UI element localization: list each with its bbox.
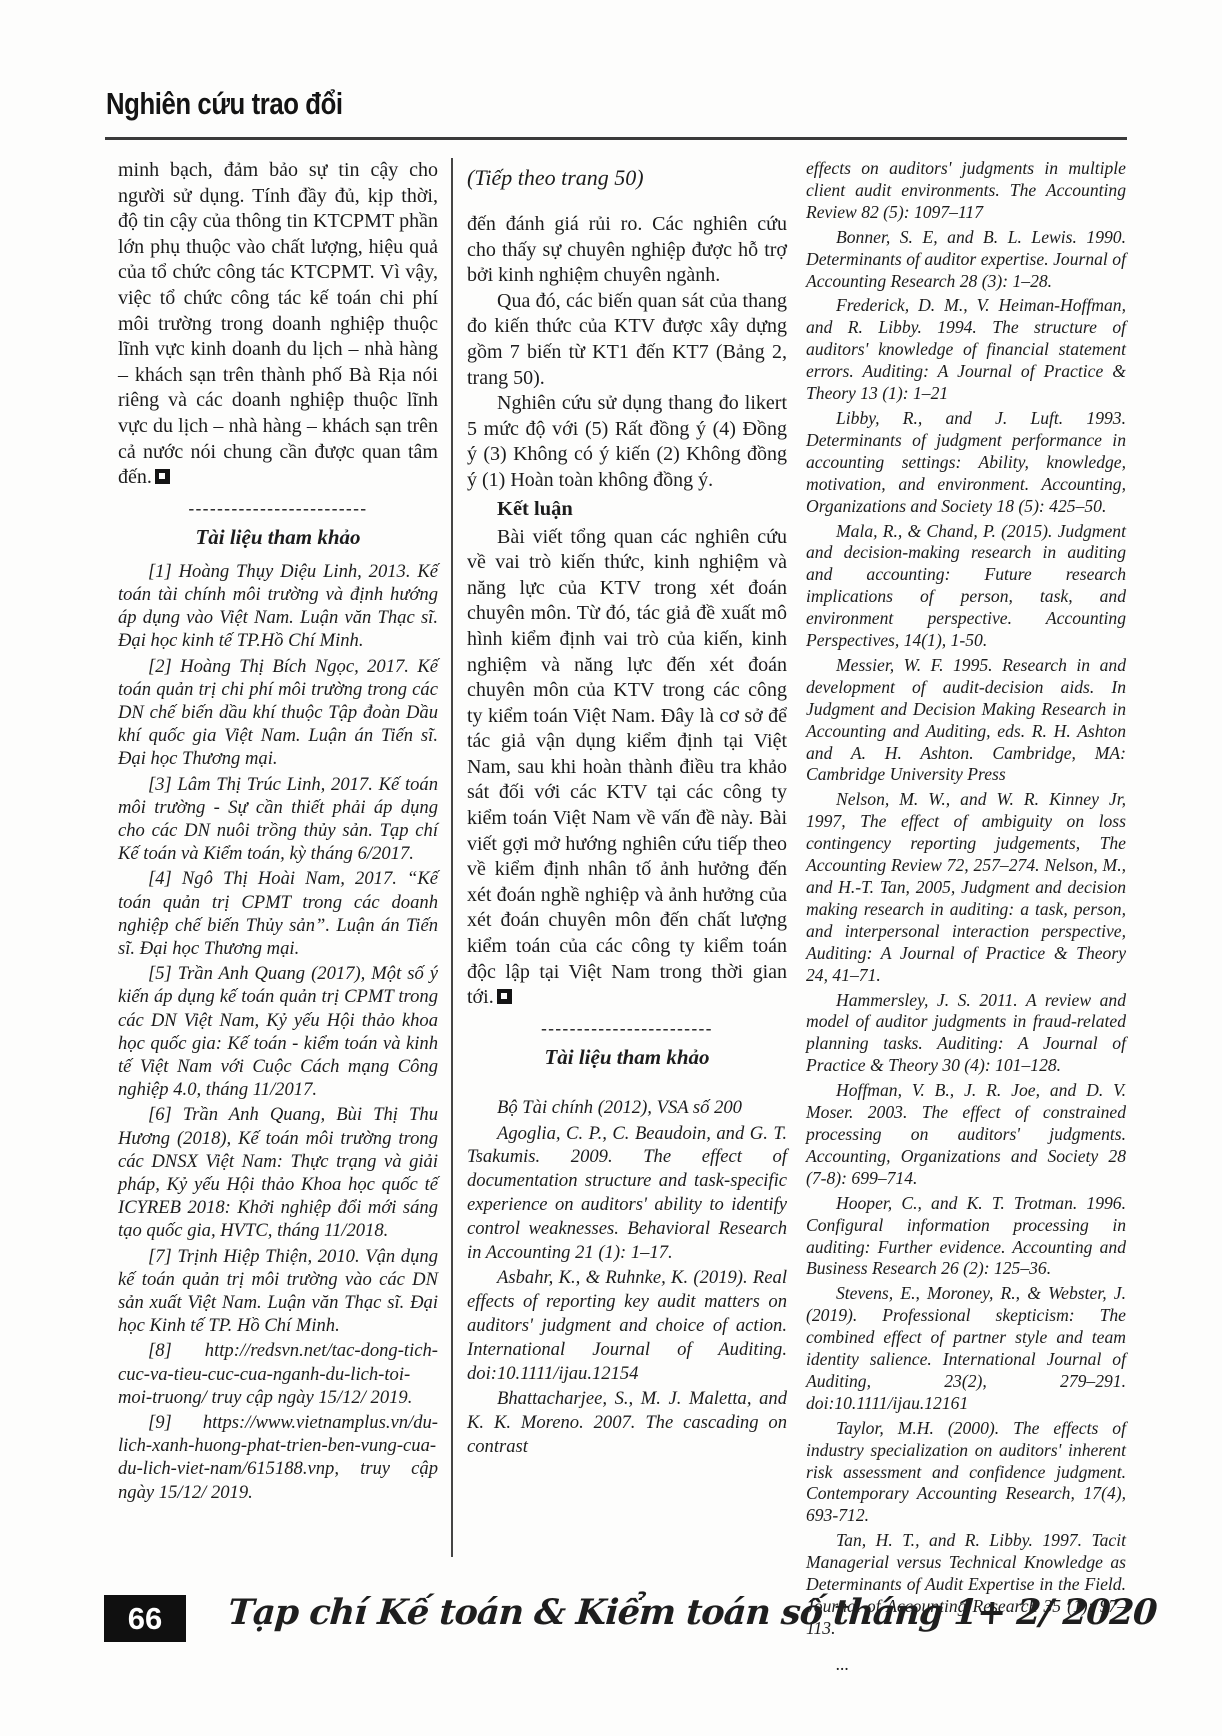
conclusion-paragraph: Bài viết tổng quan các nghiên cứu về vai… xyxy=(467,525,787,1011)
reference-item: Taylor, M.H. (2000). The effects of indu… xyxy=(806,1418,1126,1528)
dashed-separator: ------------------------- xyxy=(118,499,438,519)
column-1: minh bạch, đảm bảo sự tin cậy cho người … xyxy=(118,158,438,1506)
reference-item: Agoglia, C. P., C. Beaudoin, and G. T. T… xyxy=(467,1122,787,1265)
reference-item: [1] Hoàng Thụy Diệu Linh, 2013. Kế toán … xyxy=(118,560,438,653)
reference-item: effects on auditors' judgments in multip… xyxy=(806,158,1126,224)
reference-item: Messier, W. F. 1995. Research in and dev… xyxy=(806,655,1126,786)
body-paragraph: Nghiên cứu sử dụng thang đo likert 5 mức… xyxy=(467,391,787,493)
references-ellipsis: ... xyxy=(806,1654,1126,1675)
reference-item: Bộ Tài chính (2012), VSA số 200 xyxy=(467,1096,787,1120)
conclusion-heading: Kết luận xyxy=(467,496,787,523)
reference-item: Bonner, S. E, and B. L. Lewis. 1990. Det… xyxy=(806,227,1126,293)
reference-item: [3] Lâm Thị Trúc Linh, 2017. Kế toán môi… xyxy=(118,773,438,866)
reference-item: Nelson, M. W., and W. R. Kinney Jr, 1997… xyxy=(806,789,1126,986)
body-paragraph: Qua đó, các biến quan sát của thang đo k… xyxy=(467,289,787,391)
article-closing-paragraph: minh bạch, đảm bảo sự tin cậy cho người … xyxy=(118,158,438,491)
end-of-article-icon xyxy=(155,469,170,484)
dashed-separator: ------------------------ xyxy=(467,1019,787,1039)
page-number: 66 xyxy=(128,1601,162,1637)
continued-from-note: (Tiếp theo trang 50) xyxy=(467,164,787,192)
reference-item: Hoffman, V. B., J. R. Joe, and D. V. Mos… xyxy=(806,1080,1126,1190)
reference-item: [5] Trần Anh Quang (2017), Một số ý kiến… xyxy=(118,962,438,1101)
column-divider xyxy=(451,158,453,1557)
journal-page: Nghiên cứu trao đổi minh bạch, đảm bảo s… xyxy=(0,0,1222,1736)
article-closing-text: minh bạch, đảm bảo sự tin cậy cho người … xyxy=(118,159,438,488)
reference-item-url: [9] https://www.vietnamplus.vn/du-lich-x… xyxy=(118,1411,438,1504)
reference-item-url: [8] http://redsvn.net/tac-dong-tich-cuc-… xyxy=(118,1339,438,1409)
reference-item: Hammersley, J. S. 2011. A review and mod… xyxy=(806,990,1126,1078)
reference-item: Hooper, C., and K. T. Trotman. 1996. Con… xyxy=(806,1193,1126,1281)
reference-item: Stevens, E., Moroney, R., & Webster, J. … xyxy=(806,1283,1126,1414)
references-title: Tài liệu tham khảo xyxy=(467,1045,787,1070)
end-of-article-icon xyxy=(497,989,512,1004)
page-number-badge: 66 xyxy=(104,1595,186,1642)
journal-title-footer: Tạp chí Kế toán & Kiểm toán số tháng 1+ … xyxy=(227,1592,1158,1633)
reference-item: [2] Hoàng Thị Bích Ngọc, 2017. Kế toán q… xyxy=(118,655,438,771)
header-rule xyxy=(105,137,1127,140)
reference-item: Asbahr, K., & Ruhnke, K. (2019). Real ef… xyxy=(467,1266,787,1385)
reference-item: [6] Trần Anh Quang, Bùi Thị Thu Hương (2… xyxy=(118,1103,438,1242)
reference-item: Frederick, D. M., V. Heiman-Hoffman, and… xyxy=(806,295,1126,405)
reference-item: [7] Trịnh Hiệp Thiện, 2010. Vận dụng kế … xyxy=(118,1245,438,1338)
reference-item: Mala, R., & Chand, P. (2015). Judgment a… xyxy=(806,521,1126,652)
page-title: Nghiên cứu trao đổi xyxy=(106,86,343,122)
conclusion-text: Bài viết tổng quan các nghiên cứu về vai… xyxy=(467,526,787,1009)
reference-item: Bhattacharjee, S., M. J. Maletta, and K.… xyxy=(467,1387,787,1458)
reference-item: Libby, R., and J. Luft. 1993. Determinan… xyxy=(806,408,1126,518)
body-paragraph: đến đánh giá rủi ro. Các nghiên cứu cho … xyxy=(467,212,787,289)
column-3: effects on auditors' judgments in multip… xyxy=(806,158,1126,1675)
references-title: Tài liệu tham khảo xyxy=(118,525,438,550)
reference-item: [4] Ngô Thị Hoài Nam, 2017. “Kế toán quả… xyxy=(118,867,438,960)
column-2: (Tiếp theo trang 50) đến đánh giá rủi ro… xyxy=(467,158,787,1461)
